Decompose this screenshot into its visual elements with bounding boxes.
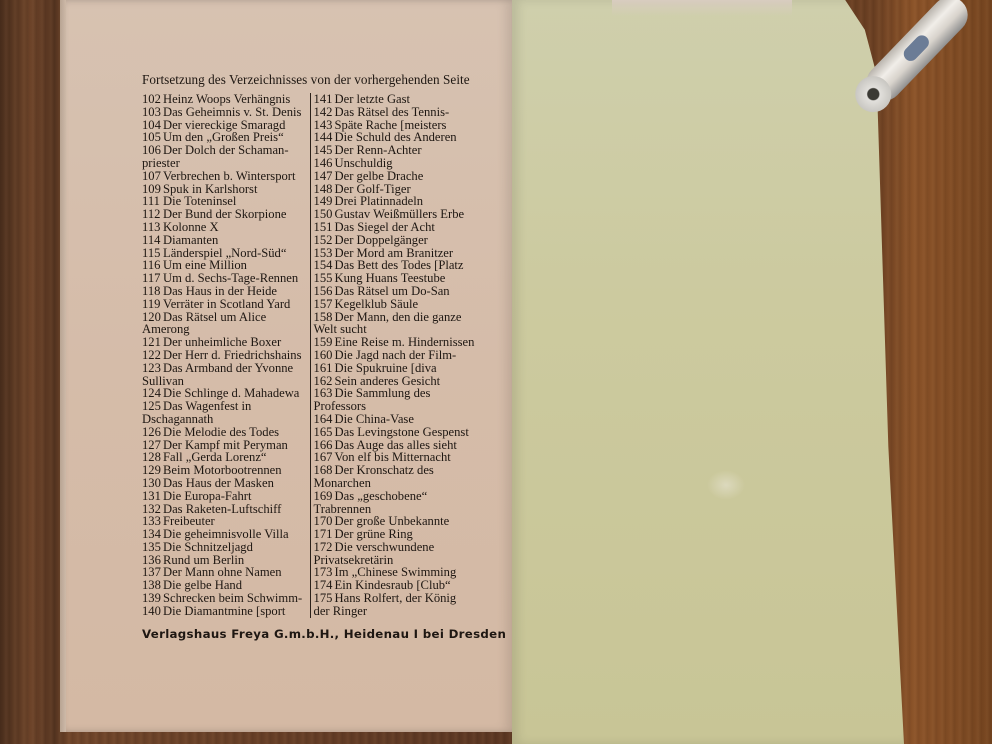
entry-row: 103Das Geheimnis v. St. Denis — [142, 106, 308, 119]
entry-title: Der grüne Ring — [335, 528, 487, 541]
entry-title: Die Schnitzeljagd — [163, 541, 308, 554]
entry-row: 130Das Haus der Masken — [142, 477, 308, 490]
list-item: 169Das „geschobene“Trabrennen — [314, 490, 487, 516]
entry-title: Die China-Vase — [335, 413, 487, 426]
entry-title: Der Herr d. Friedrichshains — [163, 349, 308, 362]
list-item: 106Der Dolch der Schaman-priester — [142, 144, 308, 170]
entry-number: 140 — [142, 605, 163, 618]
entry-title: Der Doppelgänger — [335, 234, 487, 247]
entry-title: Die Melodie des Todes — [163, 426, 308, 439]
list-item: 123Das Armband der YvonneSullivan — [142, 362, 308, 388]
entry-title: Unschuldig — [335, 157, 487, 170]
entry-row: 129Beim Motorbootrennen — [142, 464, 308, 477]
entry-row: 140Die Diamantmine [sport — [142, 605, 308, 618]
entry-title: Das Haus der Masken — [163, 477, 308, 490]
entry-row: 107Verbrechen b. Wintersport — [142, 170, 308, 183]
list-item: 141Der letzte Gast — [314, 93, 487, 106]
list-item: 140Die Diamantmine [sport — [142, 605, 308, 618]
entry-row: 102Heinz Woops Verhängnis — [142, 93, 308, 106]
list-item: 151Das Siegel der Acht — [314, 221, 487, 234]
list-item: 129Beim Motorbootrennen — [142, 464, 308, 477]
entry-title-continuation: Monarchen — [314, 476, 371, 490]
entry-number: 146 — [314, 157, 335, 170]
list-item: 142Das Rätsel des Tennis- — [314, 106, 487, 119]
list-item: 114Diamanten — [142, 234, 308, 247]
entry-number: 157 — [314, 298, 335, 311]
entry-number: 135 — [142, 541, 163, 554]
entry-title: Diamanten — [163, 234, 308, 247]
entry-title: Das Siegel der Acht — [335, 221, 487, 234]
entry-row: 146Unschuldig — [314, 157, 487, 170]
entry-title: Das Rätsel des Tennis- — [335, 106, 487, 119]
list-item: 103Das Geheimnis v. St. Denis — [142, 106, 308, 119]
list-item: 122Der Herr d. Friedrichshains — [142, 349, 308, 362]
entry-title: Schrecken beim Schwimm- — [163, 592, 308, 605]
entry-title: Das Haus in der Heide — [163, 285, 308, 298]
list-item: 157Kegelklub Säule — [314, 298, 487, 311]
entry-number: 102 — [142, 93, 163, 106]
entry-row: 171Der grüne Ring — [314, 528, 487, 541]
entry-title: Verbrechen b. Wintersport — [163, 170, 308, 183]
list-item: 134Die geheimnisvolle Villa — [142, 528, 308, 541]
entry-row: 134Die geheimnisvolle Villa — [142, 528, 308, 541]
entry-title: Das Armband der Yvonne — [163, 362, 308, 375]
right-page-blank — [512, 0, 904, 744]
entry-number: 165 — [314, 426, 335, 439]
entry-row: 156Das Rätsel um Do-San — [314, 285, 487, 298]
list-item: 139Schrecken beim Schwimm- — [142, 592, 308, 605]
left-column: 102Heinz Woops Verhängnis103Das Geheimni… — [142, 93, 311, 618]
entry-number: 141 — [314, 93, 335, 106]
list-item: 146Unschuldig — [314, 157, 487, 170]
entry-number: 171 — [314, 528, 335, 541]
entry-title: Beim Motorbootrennen — [163, 464, 308, 477]
list-item: 118Das Haus in der Heide — [142, 285, 308, 298]
entry-title: Der letzte Gast — [335, 93, 487, 106]
page-edge — [60, 0, 66, 732]
entry-number: 129 — [142, 464, 163, 477]
list-item: 158Der Mann, den die ganzeWelt sucht — [314, 311, 487, 337]
entry-number: 156 — [314, 285, 335, 298]
entry-number: 152 — [314, 234, 335, 247]
list-item: 131Die Europa-Fahrt — [142, 490, 308, 503]
entry-row: 142Das Rätsel des Tennis- — [314, 106, 487, 119]
entry-title: Die Diamantmine [sport — [163, 605, 308, 618]
entry-number: 119 — [142, 298, 163, 311]
entry-title: Das Rätsel um Do-San — [335, 285, 487, 298]
entry-title: Kolonne X — [163, 221, 308, 234]
entry-number: 118 — [142, 285, 163, 298]
entry-title-continuation: Dschagannath — [142, 412, 213, 426]
title-list: Fortsetzung des Verzeichnisses von der v… — [142, 72, 487, 641]
entry-title: Die Jagd nach der Film- — [335, 349, 487, 362]
entry-number: 103 — [142, 106, 163, 119]
entry-number: 107 — [142, 170, 163, 183]
list-item: 102Heinz Woops Verhängnis — [142, 93, 308, 106]
entry-row: 164Die China-Vase — [314, 413, 487, 426]
list-item: 135Die Schnitzeljagd — [142, 541, 308, 554]
entry-row: 160Die Jagd nach der Film- — [314, 349, 487, 362]
list-item: 163Die Sammlung desProfessors — [314, 387, 487, 413]
entry-number: 130 — [142, 477, 163, 490]
entry-number: 151 — [314, 221, 335, 234]
entry-title: Heinz Woops Verhängnis — [163, 93, 308, 106]
torn-edge — [612, 0, 792, 16]
entry-row: 114Diamanten — [142, 234, 308, 247]
list-item: 130Das Haus der Masken — [142, 477, 308, 490]
entry-row: 113Kolonne X — [142, 221, 308, 234]
entry-row: 119Verräter in Scotland Yard — [142, 298, 308, 311]
right-column: 141Der letzte Gast142Das Rätsel des Tenn… — [311, 93, 487, 618]
list-item: 175Hans Rolfert, der Königder Ringer — [314, 592, 487, 618]
entry-title: Der gelbe Drache — [335, 170, 487, 183]
entry-row: 161Die Spukruine [diva — [314, 362, 487, 375]
entry-number: 134 — [142, 528, 163, 541]
list-item: 125Das Wagenfest inDschagannath — [142, 400, 308, 426]
entry-number: 122 — [142, 349, 163, 362]
list-item: 165Das Levingstone Gespenst — [314, 426, 487, 439]
entry-title: Das Levingstone Gespenst — [335, 426, 487, 439]
list-item: 161Die Spukruine [diva — [314, 362, 487, 375]
publisher-footer: Verlagshaus Freya G.m.b.H., Heidenau I b… — [142, 627, 487, 641]
entry-title-continuation: der Ringer — [314, 604, 368, 618]
entry-row: 165Das Levingstone Gespenst — [314, 426, 487, 439]
entry-number: 160 — [314, 349, 335, 362]
entry-row: 151Das Siegel der Acht — [314, 221, 487, 234]
entry-number: 139 — [142, 592, 163, 605]
entry-title: Die geheimnisvolle Villa — [163, 528, 308, 541]
list-item: 119Verräter in Scotland Yard — [142, 298, 308, 311]
list-item: 147Der gelbe Drache — [314, 170, 487, 183]
entry-row: 147Der gelbe Drache — [314, 170, 487, 183]
entry-number: 114 — [142, 234, 163, 247]
entry-title: Die Europa-Fahrt — [163, 490, 308, 503]
list-item: 164Die China-Vase — [314, 413, 487, 426]
paper-stain — [707, 470, 745, 500]
entry-row: 135Die Schnitzeljagd — [142, 541, 308, 554]
entry-number: 126 — [142, 426, 163, 439]
entry-title: Verräter in Scotland Yard — [163, 298, 308, 311]
list-item: 172Die verschwundenePrivatsekretärin — [314, 541, 487, 567]
entry-number: 164 — [314, 413, 335, 426]
list-item: 156Das Rätsel um Do-San — [314, 285, 487, 298]
list-item: 126Die Melodie des Todes — [142, 426, 308, 439]
entry-number: 113 — [142, 221, 163, 234]
entry-title: Das Geheimnis v. St. Denis — [163, 106, 308, 119]
entry-title: Die Spukruine [diva — [335, 362, 487, 375]
entry-row: 157Kegelklub Säule — [314, 298, 487, 311]
entry-title-continuation: priester — [142, 156, 180, 170]
list-item: 171Der grüne Ring — [314, 528, 487, 541]
entry-row: 131Die Europa-Fahrt — [142, 490, 308, 503]
list-item: 168Der Kronschatz desMonarchen — [314, 464, 487, 490]
entry-row: 152Der Doppelgänger — [314, 234, 487, 247]
entry-number: 161 — [314, 362, 335, 375]
entry-number: 131 — [142, 490, 163, 503]
list-item: 113Kolonne X — [142, 221, 308, 234]
entry-number: 142 — [314, 106, 335, 119]
entry-row: 126Die Melodie des Todes — [142, 426, 308, 439]
entry-row: 141Der letzte Gast — [314, 93, 487, 106]
list-item: 120Das Rätsel um AliceAmerong — [142, 311, 308, 337]
list-item: 152Der Doppelgänger — [314, 234, 487, 247]
entry-number: 147 — [314, 170, 335, 183]
entry-row: 139Schrecken beim Schwimm- — [142, 592, 308, 605]
list-columns: 102Heinz Woops Verhängnis103Das Geheimni… — [142, 93, 487, 618]
entry-title: Der Dolch der Schaman- — [163, 144, 308, 157]
list-item: 107Verbrechen b. Wintersport — [142, 170, 308, 183]
entry-title: Kegelklub Säule — [335, 298, 487, 311]
entry-row: 118Das Haus in der Heide — [142, 285, 308, 298]
entry-row: 122Der Herr d. Friedrichshains — [142, 349, 308, 362]
list-item: 160Die Jagd nach der Film- — [314, 349, 487, 362]
list-heading: Fortsetzung des Verzeichnisses von der v… — [142, 72, 487, 88]
